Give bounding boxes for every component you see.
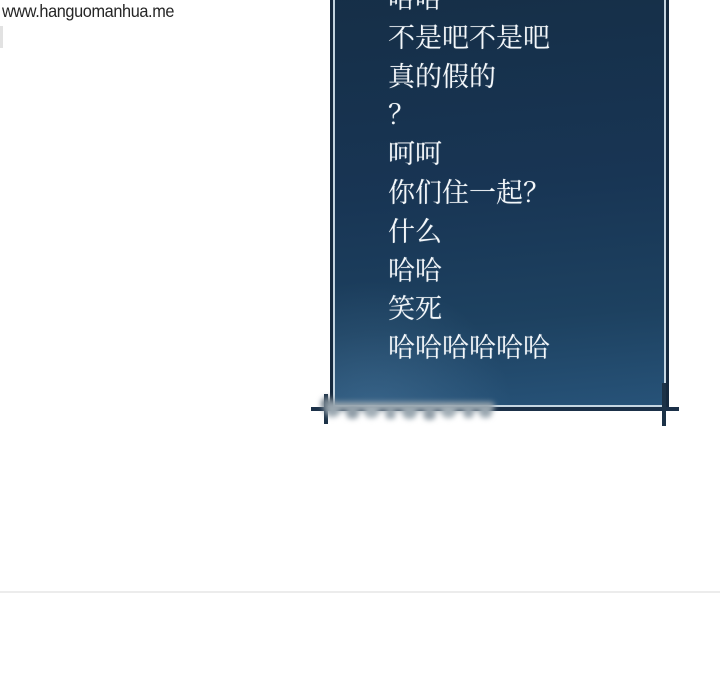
chat-line: 不是吧不是吧 [388, 19, 658, 58]
smudge-bumps [325, 405, 340, 417]
chat-line: ？ [388, 96, 658, 135]
chat-line: 呵呵 [388, 135, 658, 174]
chat-line: 哈哈 [388, 0, 658, 19]
chat-line: 哈哈哈哈哈哈 [388, 329, 658, 368]
chat-line: 真的假的 [388, 58, 658, 97]
smudge-core [327, 402, 495, 411]
chat-line: 你们住一起？ [388, 174, 658, 213]
blurred-smudge [321, 397, 507, 419]
chat-line: 什么 [388, 213, 658, 252]
left-edge-mark [0, 26, 3, 48]
right-corner-tick [662, 383, 666, 426]
manhua-page: www.hanguomanhua.me 哈哈 不是吧不是吧 真的假的 ？ 呵呵 … [0, 0, 720, 700]
chat-line: 笑死 [388, 290, 658, 329]
site-watermark: www.hanguomanhua.me [2, 2, 174, 21]
chat-text-block: 哈哈 不是吧不是吧 真的假的 ？ 呵呵 你们住一起？ 什么 哈哈 笑死 哈哈哈哈… [388, 0, 658, 368]
chat-line: 哈哈 [388, 252, 658, 291]
chat-panel: 哈哈 不是吧不是吧 真的假的 ？ 呵呵 你们住一起？ 什么 哈哈 笑死 哈哈哈哈… [330, 0, 669, 411]
page-divider-line [0, 591, 720, 593]
